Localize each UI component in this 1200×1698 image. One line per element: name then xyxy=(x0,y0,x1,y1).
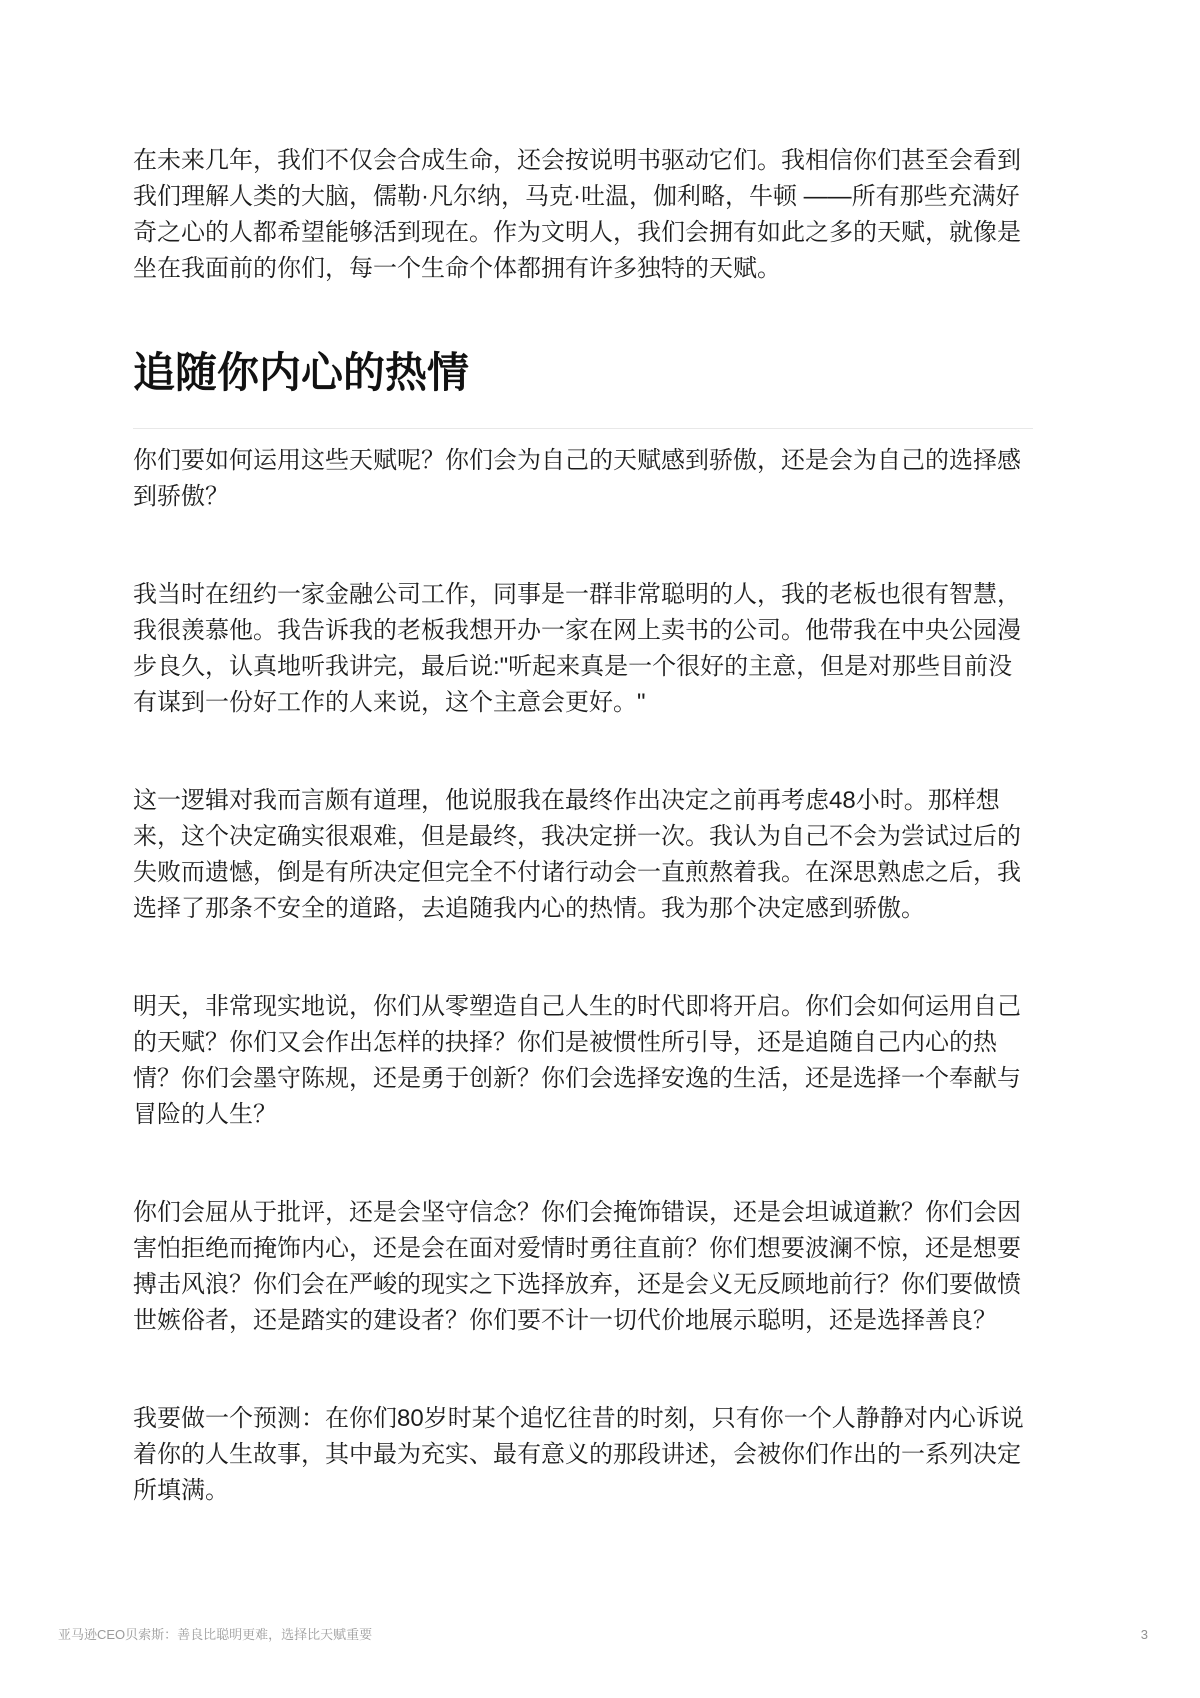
article-body: 在未来几年，我们不仅会合成生命，还会按说明书驱动它们。我相信你们甚至会看到我们理… xyxy=(133,0,1033,1571)
footer-page-number: 3 xyxy=(1141,1626,1148,1644)
page-footer: 亚马逊CEO贝索斯：善良比聪明更难，选择比天赋重要 3 xyxy=(58,1626,1148,1644)
paragraph: 明天，非常现实地说，你们从零塑造自己人生的时代即将开启。你们会如何运用自己的天赋… xyxy=(133,989,1033,1133)
section-heading: 追随你内心的热情 xyxy=(133,349,1033,397)
footer-document-title: 亚马逊CEO贝索斯：善良比聪明更难，选择比天赋重要 xyxy=(58,1626,372,1644)
heading-divider xyxy=(133,428,1033,429)
paragraph: 你们要如何运用这些天赋呢？你们会为自己的天赋感到骄傲，还是会为自己的选择感到骄傲… xyxy=(133,443,1033,515)
paragraph: 我要做一个预测：在你们80岁时某个追忆往昔的时刻，只有你一个人静静对内心诉说着你… xyxy=(133,1401,1033,1509)
paragraph: 你们会屈从于批评，还是会坚守信念？你们会掩饰错误，还是会坦诚道歉？你们会因害怕拒… xyxy=(133,1195,1033,1339)
paragraph-intro: 在未来几年，我们不仅会合成生命，还会按说明书驱动它们。我相信你们甚至会看到我们理… xyxy=(133,143,1033,287)
paragraph: 我当时在纽约一家金融公司工作，同事是一群非常聪明的人，我的老板也很有智慧，我很羡… xyxy=(133,577,1033,721)
paragraph: 这一逻辑对我而言颇有道理，他说服我在最终作出决定之前再考虑48小时。那样想来，这… xyxy=(133,783,1033,927)
